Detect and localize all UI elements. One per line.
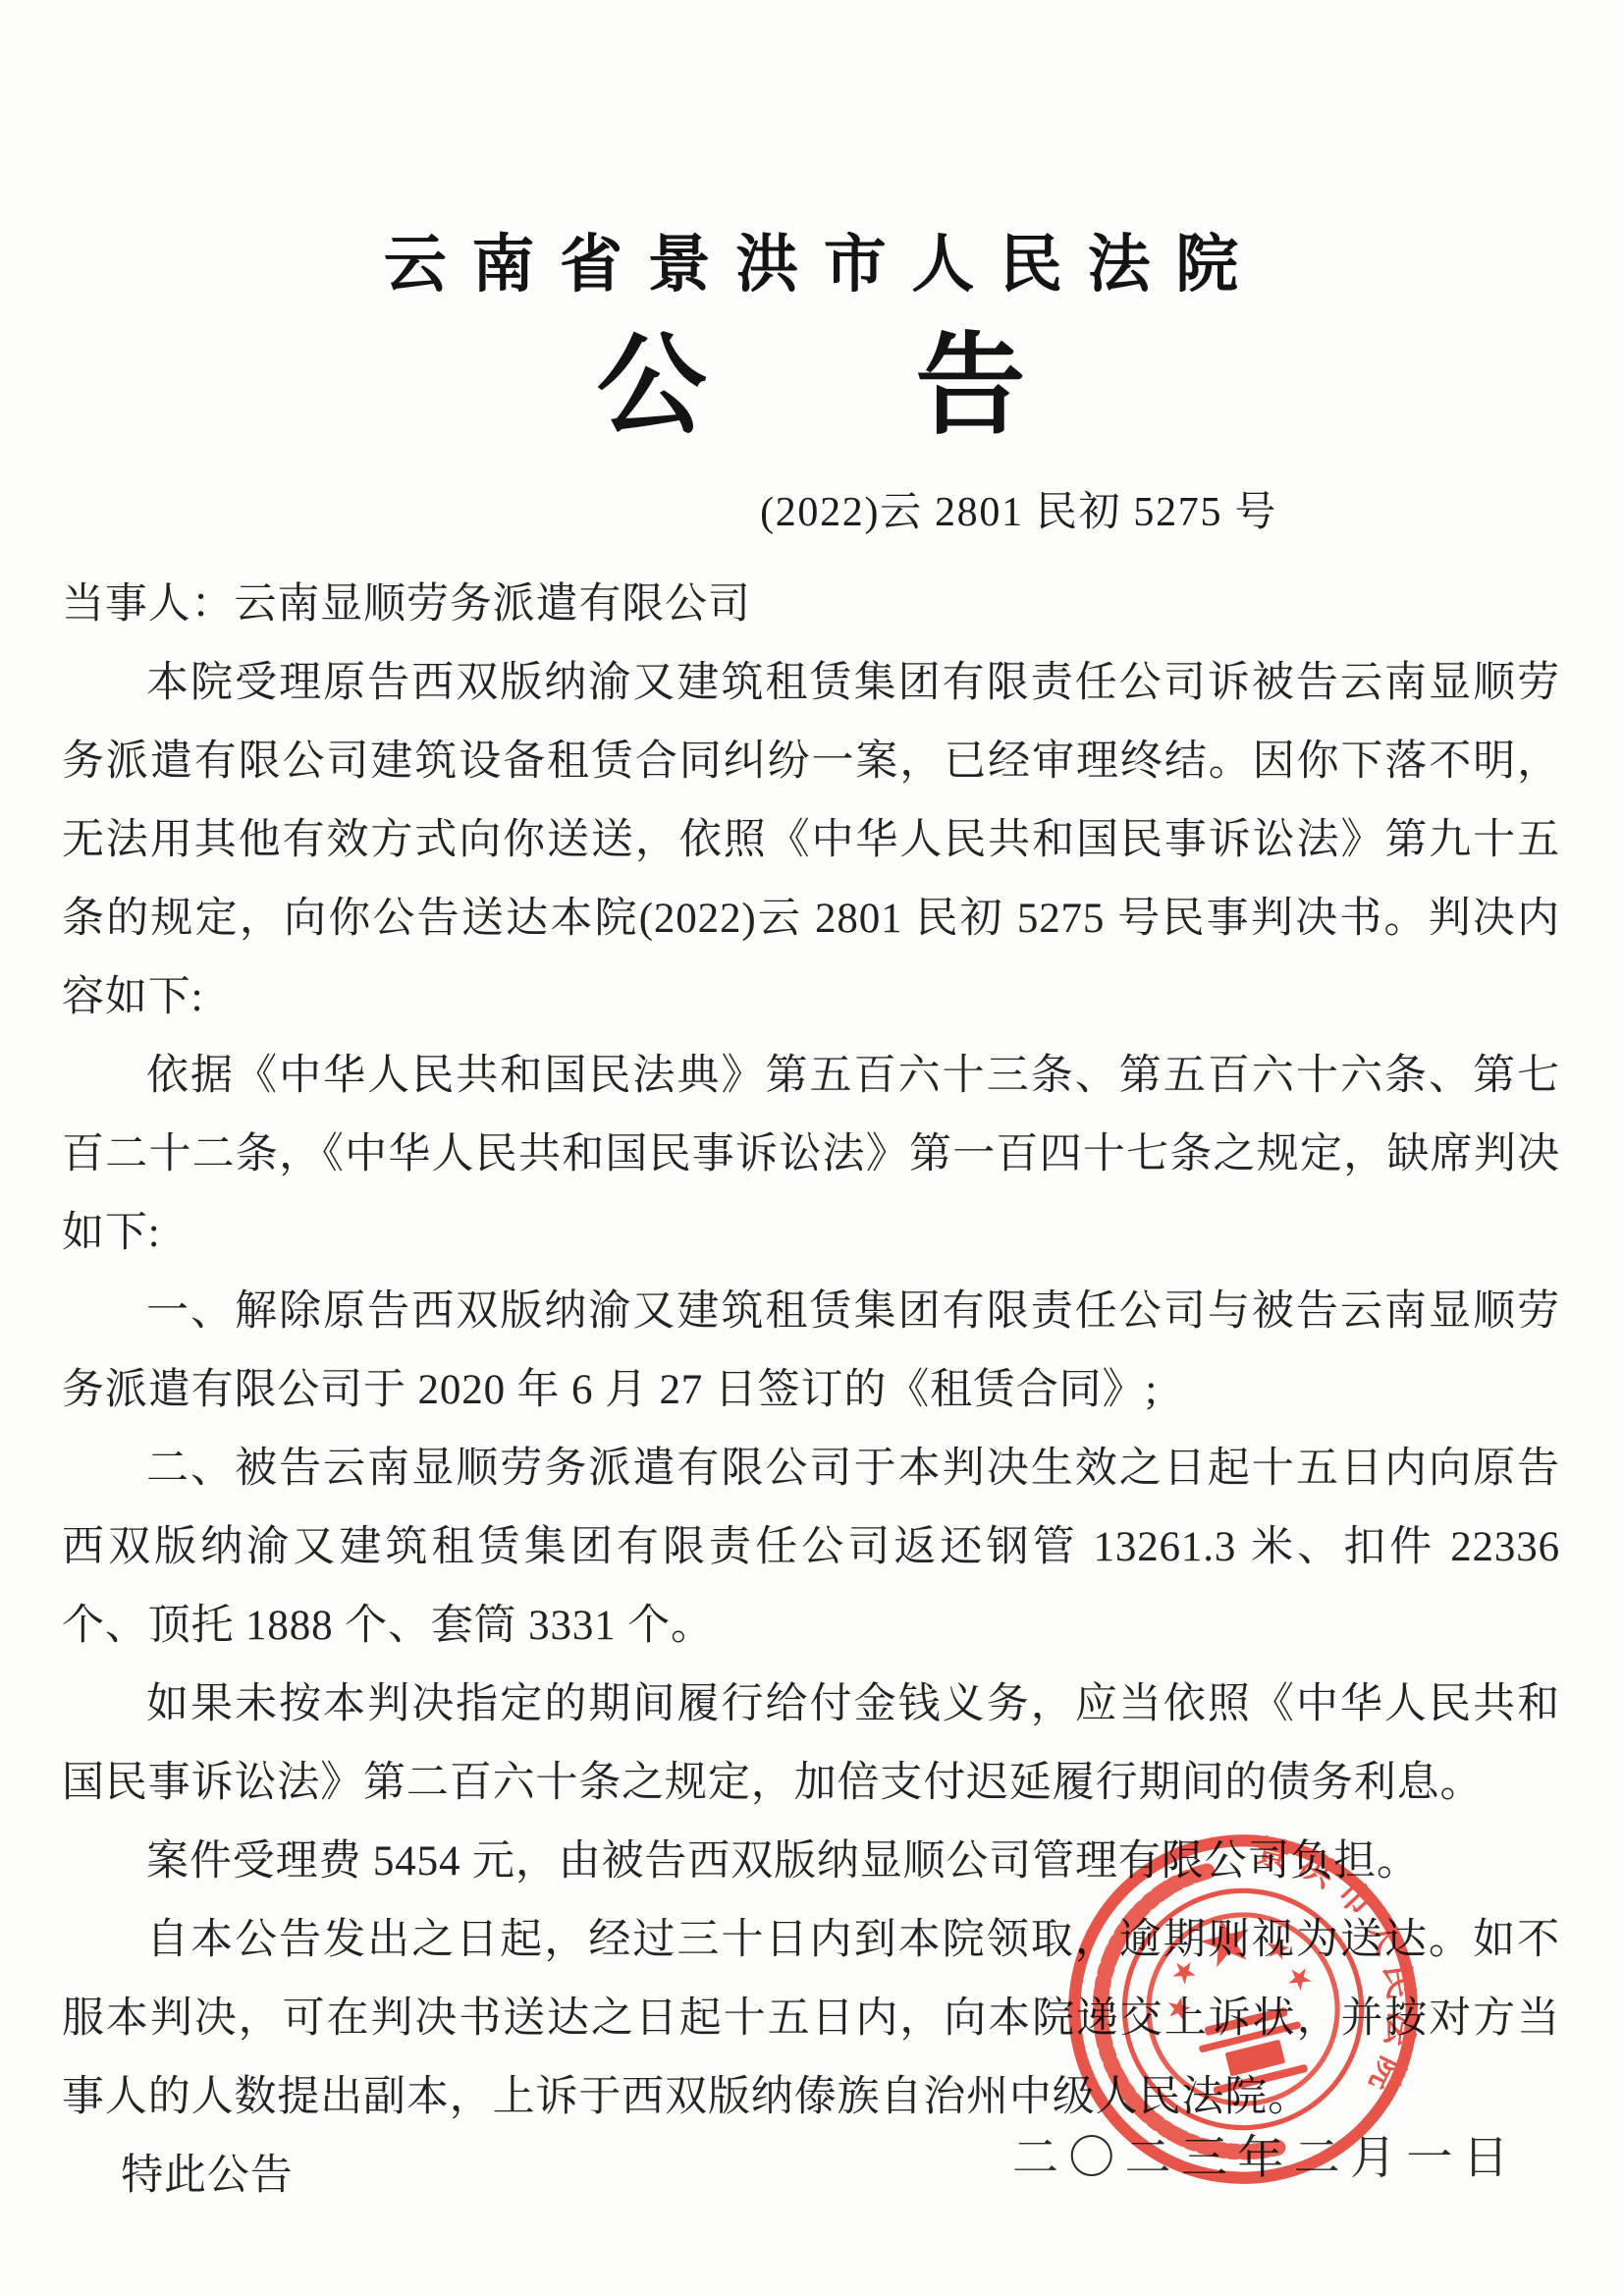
case-number: (2022)云 2801 民初 5275 号 [760, 479, 1277, 538]
national-emblem-icon [1129, 1895, 1358, 2124]
paragraph-legal-basis: 依据《中华人民共和国民法典》第五百六十三条、第五百六十六条、第七百二十二条，《中… [62, 1037, 1560, 1273]
court-announcement-document: 云南省景洪市人民法院 公告 (2022)云 2801 民初 5275 号 当事人… [0, 0, 1623, 2296]
official-court-seal: 景洪市人民法院 [1062, 1829, 1424, 2190]
paragraph-interest-clause: 如果未按本判决指定的期间履行给付金钱义务，应当依照《中华人民共和国民事诉讼法》第… [62, 1666, 1560, 1823]
court-name-title: 云南省景洪市人民法院 [62, 214, 1560, 304]
document-type-title: 公告 [62, 330, 1623, 446]
party-line: 当事人：云南显顺劳务派遣有限公司 [62, 566, 1560, 644]
seal-outer-ring [1062, 1829, 1424, 2190]
paragraph-ruling-1: 一、解除原告西双版纳渝又建筑租赁集团有限责任公司与被告云南显顺劳务派遣有限公司于… [62, 1273, 1560, 1430]
paragraph-ruling-2: 二、被告云南显顺劳务派遣有限公司于本判决生效之日起十五日内向原告西双版纳渝又建筑… [62, 1430, 1560, 1666]
paragraph-case-summary: 本院受理原告西双版纳渝又建筑租赁集团有限责任公司诉被告云南显顺劳务派遣有限公司建… [62, 644, 1560, 1037]
